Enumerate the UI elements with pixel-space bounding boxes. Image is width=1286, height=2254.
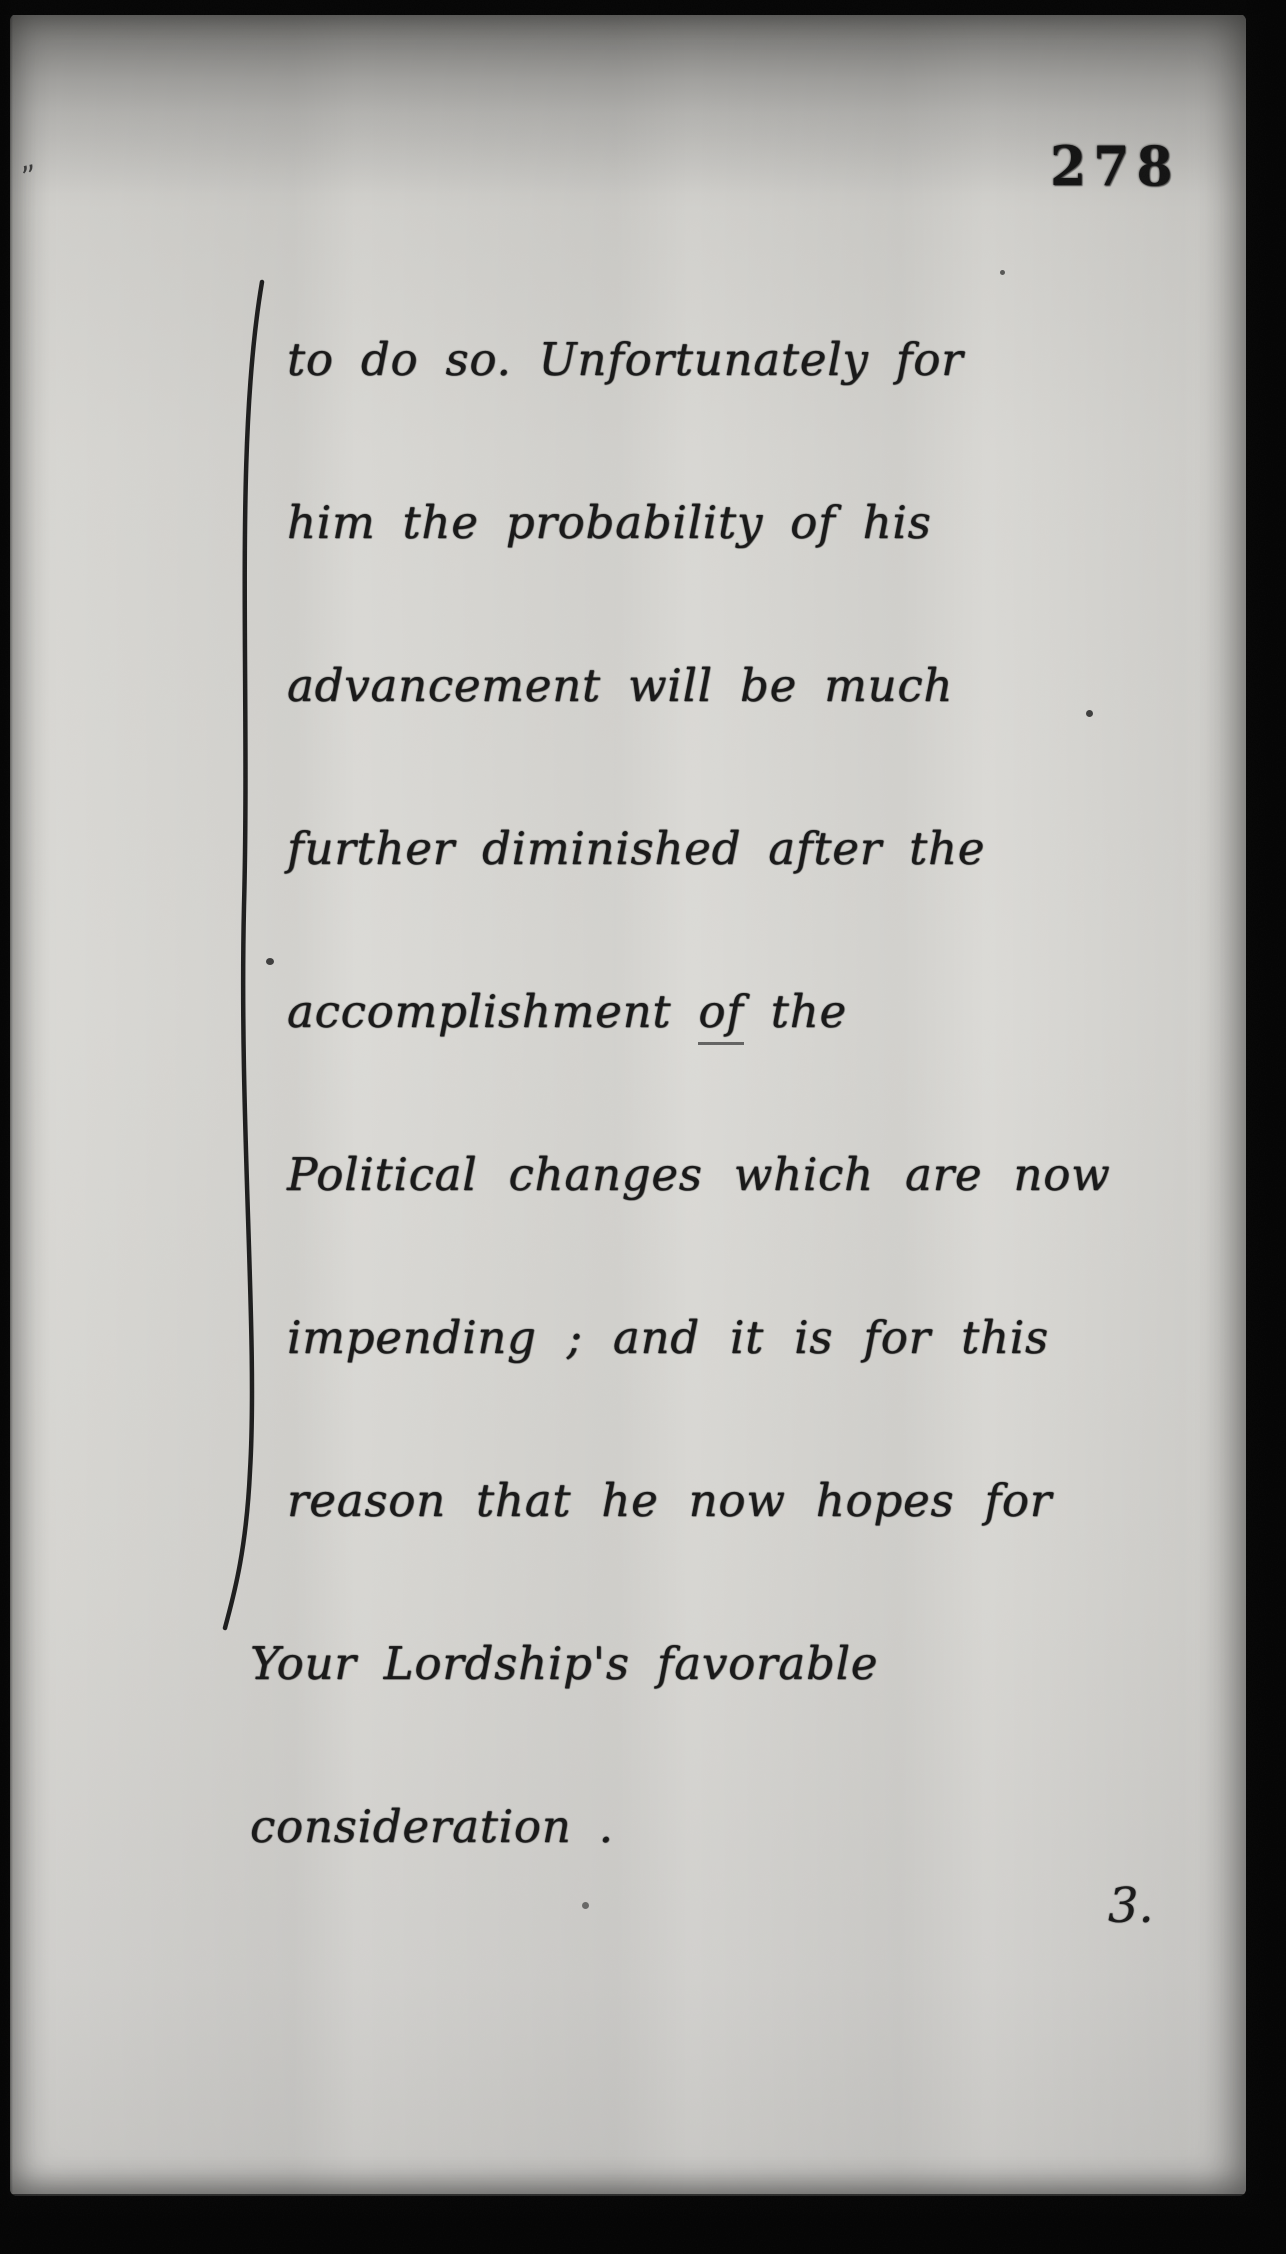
line-text: the — [744, 985, 847, 1038]
ink-speck — [582, 1902, 589, 1909]
manuscript-lines: to do so. Unfortunately forhim the proba… — [0, 278, 1240, 1908]
manuscript-line: reason that he now hopes for — [0, 1419, 1240, 1582]
manuscript-line: accomplishment of the — [0, 930, 1240, 1093]
manuscript-line: further diminished after the — [0, 767, 1240, 930]
ink-speck — [266, 958, 274, 965]
scan-edge-bottom — [0, 2194, 1286, 2254]
scanned-manuscript-page: 278 ” to do so. Unfortunately forhim the… — [0, 0, 1286, 2254]
ink-speck — [1000, 270, 1005, 275]
manuscript-line: advancement will be much — [0, 604, 1240, 767]
ink-speck — [1086, 710, 1093, 717]
scan-edge-top — [0, 0, 1286, 15]
underlined-word: of — [698, 985, 743, 1045]
manuscript-line: Political changes which are now — [0, 1093, 1240, 1256]
manuscript-line: to do so. Unfortunately for — [0, 278, 1240, 441]
scan-edge-right — [1246, 0, 1286, 2254]
manuscript-line: consideration . — [0, 1745, 1240, 1908]
manuscript-line: Your Lordship's favorable — [0, 1582, 1240, 1745]
manuscript-line: impending ; and it is for this — [0, 1256, 1240, 1419]
scan-edge-left — [0, 0, 13, 2254]
line-text: accomplishment — [287, 985, 698, 1038]
manuscript-line: him the probability of his — [0, 441, 1240, 604]
page-number-stamp: 278 — [1050, 134, 1180, 198]
footer-page-number: 3. — [1108, 1878, 1154, 1934]
